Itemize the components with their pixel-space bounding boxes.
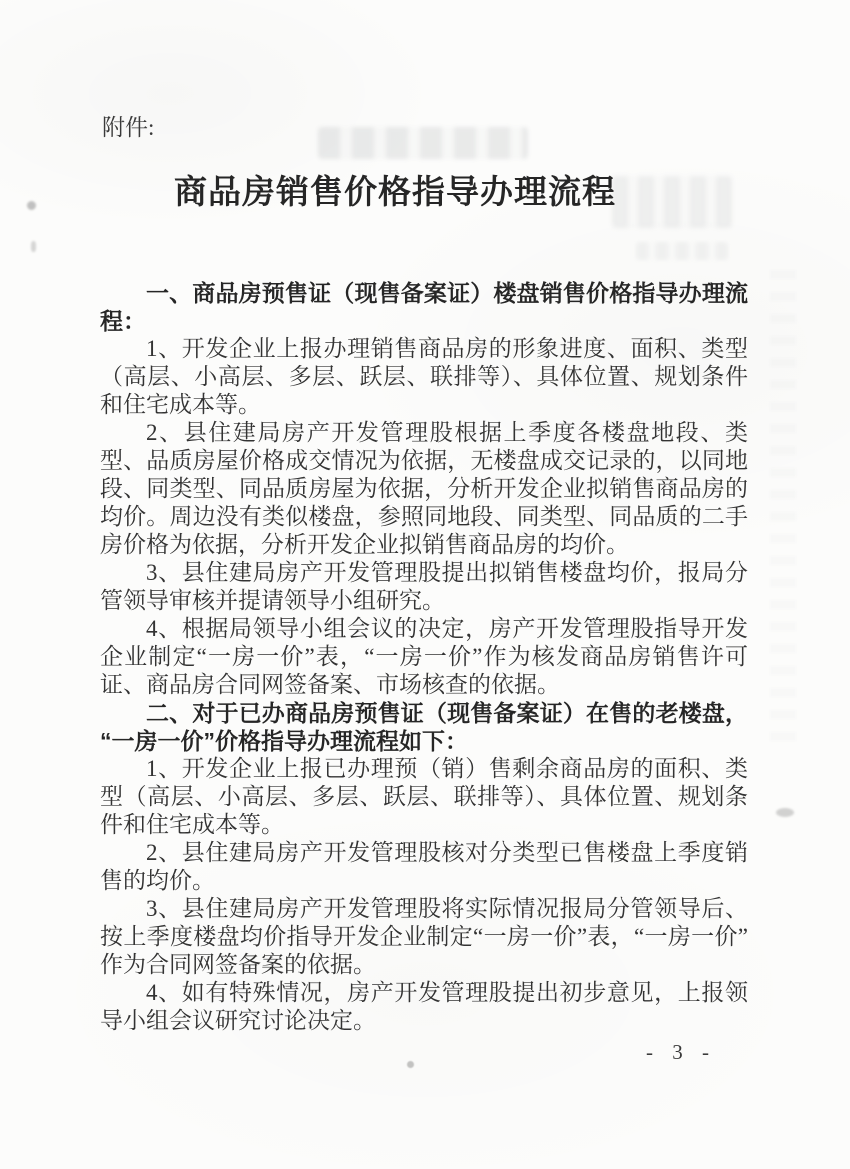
paragraph-4: 3、县住建局房产开发管理股提出拟销售楼盘均价，报局分管领导审核并提请领导小组研究… (100, 559, 748, 615)
paragraph-6: 二、对于已办商品房预售证（现售备案证）在售的老楼盘，“一房一价”价格指导办理流程… (100, 699, 748, 755)
paragraph-5: 4、根据局领导小组会议的决定，房产开发管理股指导开发企业制定“一房一价”表，“一… (100, 615, 748, 699)
paragraph-3: 2、县住建局房产开发管理股根据上季度各楼盘地段、类型、品质房屋价格成交情况为依据… (100, 419, 748, 559)
scanned-document-page: 附件: 商品房销售价格指导办理流程 一、商品房预售证（现售备案证）楼盘销售价格指… (0, 0, 850, 1169)
document-body: 一、商品房预售证（现售备案证）楼盘销售价格指导办理流程：1、开发企业上报办理销售… (100, 279, 748, 1035)
paragraph-9: 3、县住建局房产开发管理股将实际情况报局分管领导后、按上季度楼盘均价指导开发企业… (100, 895, 748, 979)
scan-speck (31, 241, 36, 252)
scan-smudge (776, 808, 794, 817)
paragraph-1: 一、商品房预售证（现售备案证）楼盘销售价格指导办理流程： (100, 279, 748, 335)
scan-speck (27, 201, 36, 210)
paragraph-8: 2、县住建局房产开发管理股核对分类型已售楼盘上季度销售的均价。 (100, 839, 748, 895)
scan-noise (770, 270, 796, 750)
document-title: 商品房销售价格指导办理流程 (130, 170, 660, 214)
bleed-through-ghost-text (636, 242, 728, 260)
paragraph-7: 1、开发企业上报已办理预（销）售剩余商品房的面积、类型（高层、小高层、多层、跃层… (100, 755, 748, 839)
attachment-label: 附件: (102, 114, 154, 142)
scan-speck (407, 1061, 414, 1068)
bleed-through-ghost-text (318, 127, 528, 159)
paragraph-2: 1、开发企业上报办理销售商品房的形象进度、面积、类型（高层、小高层、多层、跃层、… (100, 335, 748, 419)
page-number: - 3 - (646, 1040, 716, 1065)
paragraph-10: 4、如有特殊情况，房产开发管理股提出初步意见，上报领导小组会议研究讨论决定。 (100, 979, 748, 1035)
